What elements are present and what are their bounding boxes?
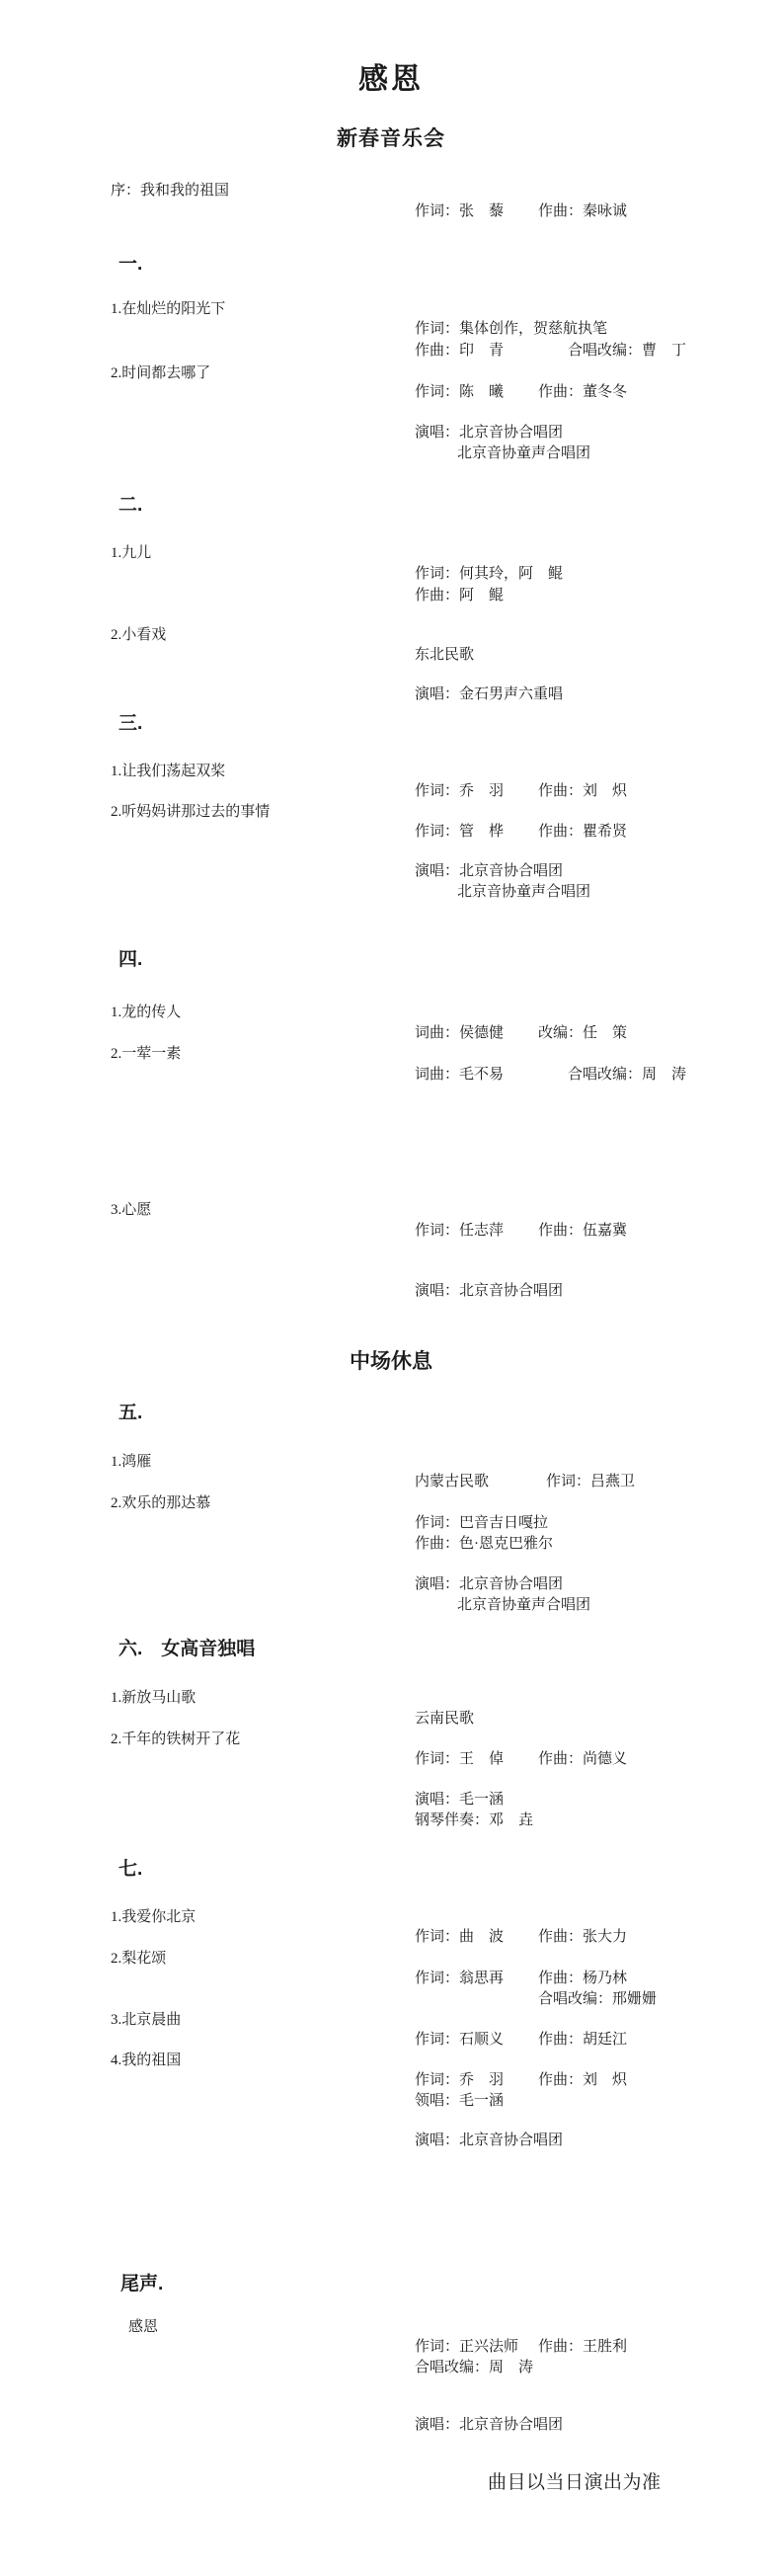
text-run: 词曲：侯德健 xyxy=(415,1024,504,1042)
text-run: 作词：吕燕卫 xyxy=(546,1473,635,1490)
text-run: 作词：翁思再 xyxy=(415,1970,504,1987)
text-run: 1.龙的传人 xyxy=(111,1004,181,1021)
document-page: 感恩 新春音乐会 序：我和我的祖国作词：张 藜作曲：秦咏诚一.1.在灿烂的阳光下… xyxy=(0,0,782,2576)
text-run: 二. xyxy=(118,495,142,517)
text-run: 2.一荤一素 xyxy=(111,1045,181,1063)
text-run: 演唱：北京音协合唱团 xyxy=(415,862,563,880)
page-subtitle: 新春音乐会 xyxy=(0,127,782,151)
text-run: 演唱：北京音协合唱团 xyxy=(415,2132,563,2149)
text-run: 合唱改编：周 涛 xyxy=(415,2359,533,2376)
text-run: 作词：张 藜 xyxy=(415,202,504,220)
footer-note: 曲目以当日演出为准 xyxy=(488,2471,662,2495)
text-run: 东北民歌 xyxy=(415,646,474,664)
text-run: 演唱：北京音协合唱团 xyxy=(415,424,563,442)
text-run: 2.小看戏 xyxy=(111,626,166,644)
text-run: 3.心愿 xyxy=(111,1201,151,1219)
text-run: 1.我爱你北京 xyxy=(111,1908,195,1926)
text-run: 作词：王 倬 xyxy=(415,1750,504,1768)
text-run: 合唱改编：曹 丁 xyxy=(568,342,686,360)
text-run: 1.让我们荡起双桨 xyxy=(111,763,225,780)
text-run: 尾声. xyxy=(120,2274,163,2295)
text-run: 合唱改编：邢姗姗 xyxy=(538,1990,657,2008)
text-run: 演唱：金石男声六重唱 xyxy=(415,685,563,703)
text-run: 领唱：毛一涵 xyxy=(415,2092,504,2110)
text-run: 作词：乔 羽 xyxy=(415,2071,504,2089)
intermission-heading: 中场休息 xyxy=(0,1350,782,1374)
text-run: 作词：石顺义 xyxy=(415,2031,504,2049)
text-run: 2.听妈妈讲那过去的事情 xyxy=(111,803,270,821)
text-run: 五. xyxy=(118,1403,142,1424)
text-run: 1.九儿 xyxy=(111,544,151,562)
text-run: 合唱改编：周 涛 xyxy=(568,1066,686,1084)
text-run: 作词：何其玲，阿 鲲 xyxy=(415,565,563,583)
text-run: 作曲：色·恩克巴雅尔 xyxy=(415,1535,553,1553)
text-run: 北京音协童声合唱团 xyxy=(457,883,590,901)
text-run: 作词：正兴法师 xyxy=(415,2338,518,2356)
text-run: 作曲：张大力 xyxy=(538,1928,627,1946)
text-run: 作词：集体创作，贺慈航执笔 xyxy=(415,320,607,338)
text-run: 演唱：北京音协合唱团 xyxy=(415,2416,563,2434)
text-run: 作曲：王胜利 xyxy=(538,2338,627,2356)
text-run: 4.我的祖国 xyxy=(111,2052,181,2069)
text-run: 内蒙古民歌 xyxy=(415,1473,489,1490)
text-run: 作曲：刘 炽 xyxy=(538,782,627,800)
text-run: 演唱：毛一涵 xyxy=(415,1791,504,1809)
text-run: 演唱：北京音协合唱团 xyxy=(415,1575,563,1593)
text-run: 2.梨花颂 xyxy=(111,1950,166,1968)
text-run: 一. xyxy=(118,254,142,276)
text-run: 1.新放马山歌 xyxy=(111,1689,195,1707)
text-run: 作词：管 桦 xyxy=(415,823,504,841)
text-run: 北京音协童声合唱团 xyxy=(457,1596,590,1614)
text-run: 作曲：尚德义 xyxy=(538,1750,627,1768)
text-run: 北京音协童声合唱团 xyxy=(457,444,590,462)
text-run: 2.欢乐的那达慕 xyxy=(111,1494,210,1512)
text-run: 作词：巴音吉日嘎拉 xyxy=(415,1514,548,1532)
text-run: 作曲：瞿希贤 xyxy=(538,823,627,841)
text-run: 作曲：董冬冬 xyxy=(538,383,627,401)
text-run: 2.千年的铁树开了花 xyxy=(111,1731,240,1748)
text-run: 作词：曲 波 xyxy=(415,1928,504,1946)
text-run: 作曲：秦咏诚 xyxy=(538,202,627,220)
text-run: 演唱：北京音协合唱团 xyxy=(415,1282,563,1300)
page-title: 感恩 xyxy=(0,63,782,97)
text-run: 序：我和我的祖国 xyxy=(111,182,229,200)
text-run: 词曲：毛不易 xyxy=(415,1066,504,1084)
text-run: 作词：陈 曦 xyxy=(415,383,504,401)
text-run: 1.鸿雁 xyxy=(111,1453,151,1471)
text-run: 钢琴伴奏：邓 垚 xyxy=(415,1811,533,1829)
text-run: 云南民歌 xyxy=(415,1710,474,1728)
text-run: 七. xyxy=(118,1859,142,1881)
text-run: 作曲：阿 鲲 xyxy=(415,587,504,604)
text-run: 作曲：胡廷江 xyxy=(538,2031,627,2049)
text-run: 四. xyxy=(118,949,142,971)
text-run: 作曲：伍嘉冀 xyxy=(538,1222,627,1240)
text-run: 作词：任志萍 xyxy=(415,1222,504,1240)
text-run: 1.在灿烂的阳光下 xyxy=(111,300,225,318)
text-run: 六. 女高音独唱 xyxy=(118,1639,255,1660)
text-run: 作曲：印 青 xyxy=(415,342,504,360)
text-run: 作词：乔 羽 xyxy=(415,782,504,800)
text-run: 作曲：杨乃林 xyxy=(538,1970,627,1987)
text-run: 作曲：刘 炽 xyxy=(538,2071,627,2089)
text-run: 改编：任 策 xyxy=(538,1024,627,1042)
text-run: 3.北京晨曲 xyxy=(111,2011,181,2029)
text-run: 感恩 xyxy=(128,2318,158,2336)
text-run: 三. xyxy=(118,713,142,735)
text-run: 2.时间都去哪了 xyxy=(111,364,210,382)
